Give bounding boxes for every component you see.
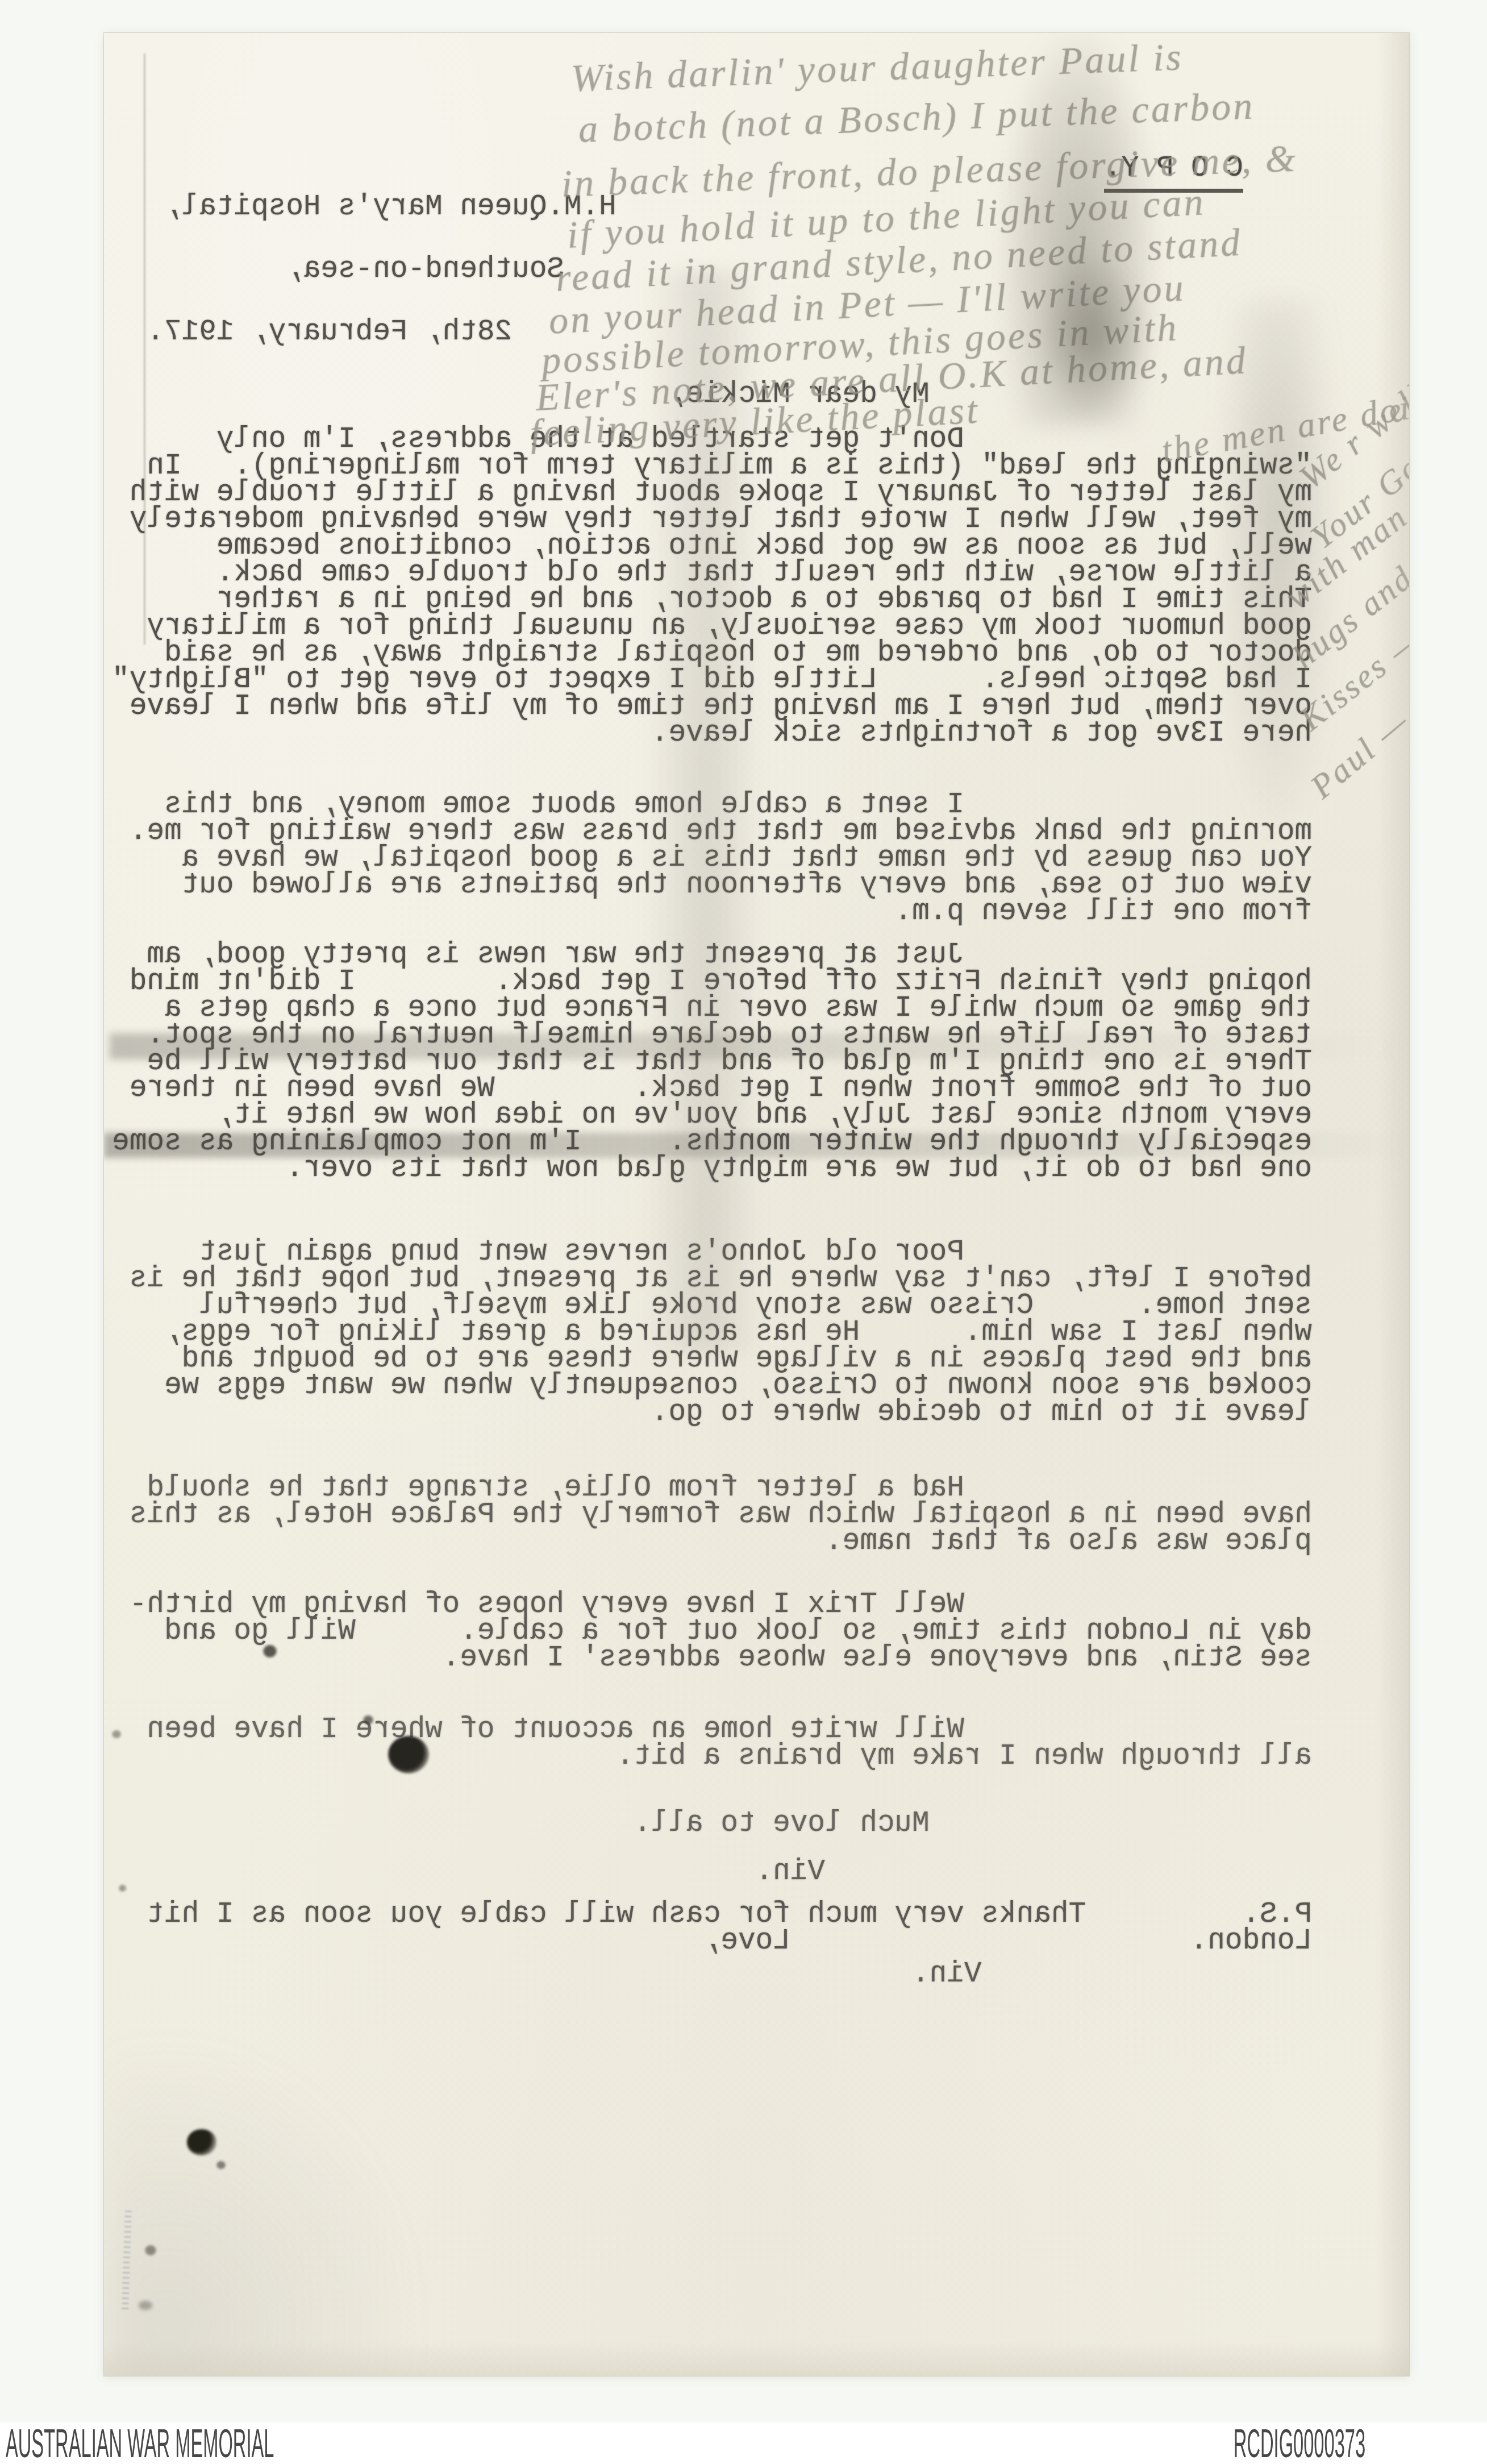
letter-paper: C O P Y. H.M.Queen Mary's Hospital, Sout…: [104, 33, 1409, 2376]
scanned-letter-screenshot: { "colors":{ "background":"#f6f8f3", "pa…: [0, 0, 1487, 2464]
footer-item-id: RCDIG0000373: [1234, 2423, 1365, 2464]
handwriting-layer: Wish darlin' your daughter Paul isa botc…: [104, 33, 1409, 2376]
footer-bar: AUSTRALIAN WAR MEMORIAL RCDIG0000373: [0, 2423, 1487, 2464]
footer-archive-name: AUSTRALIAN WAR MEMORIAL: [6, 2423, 274, 2464]
